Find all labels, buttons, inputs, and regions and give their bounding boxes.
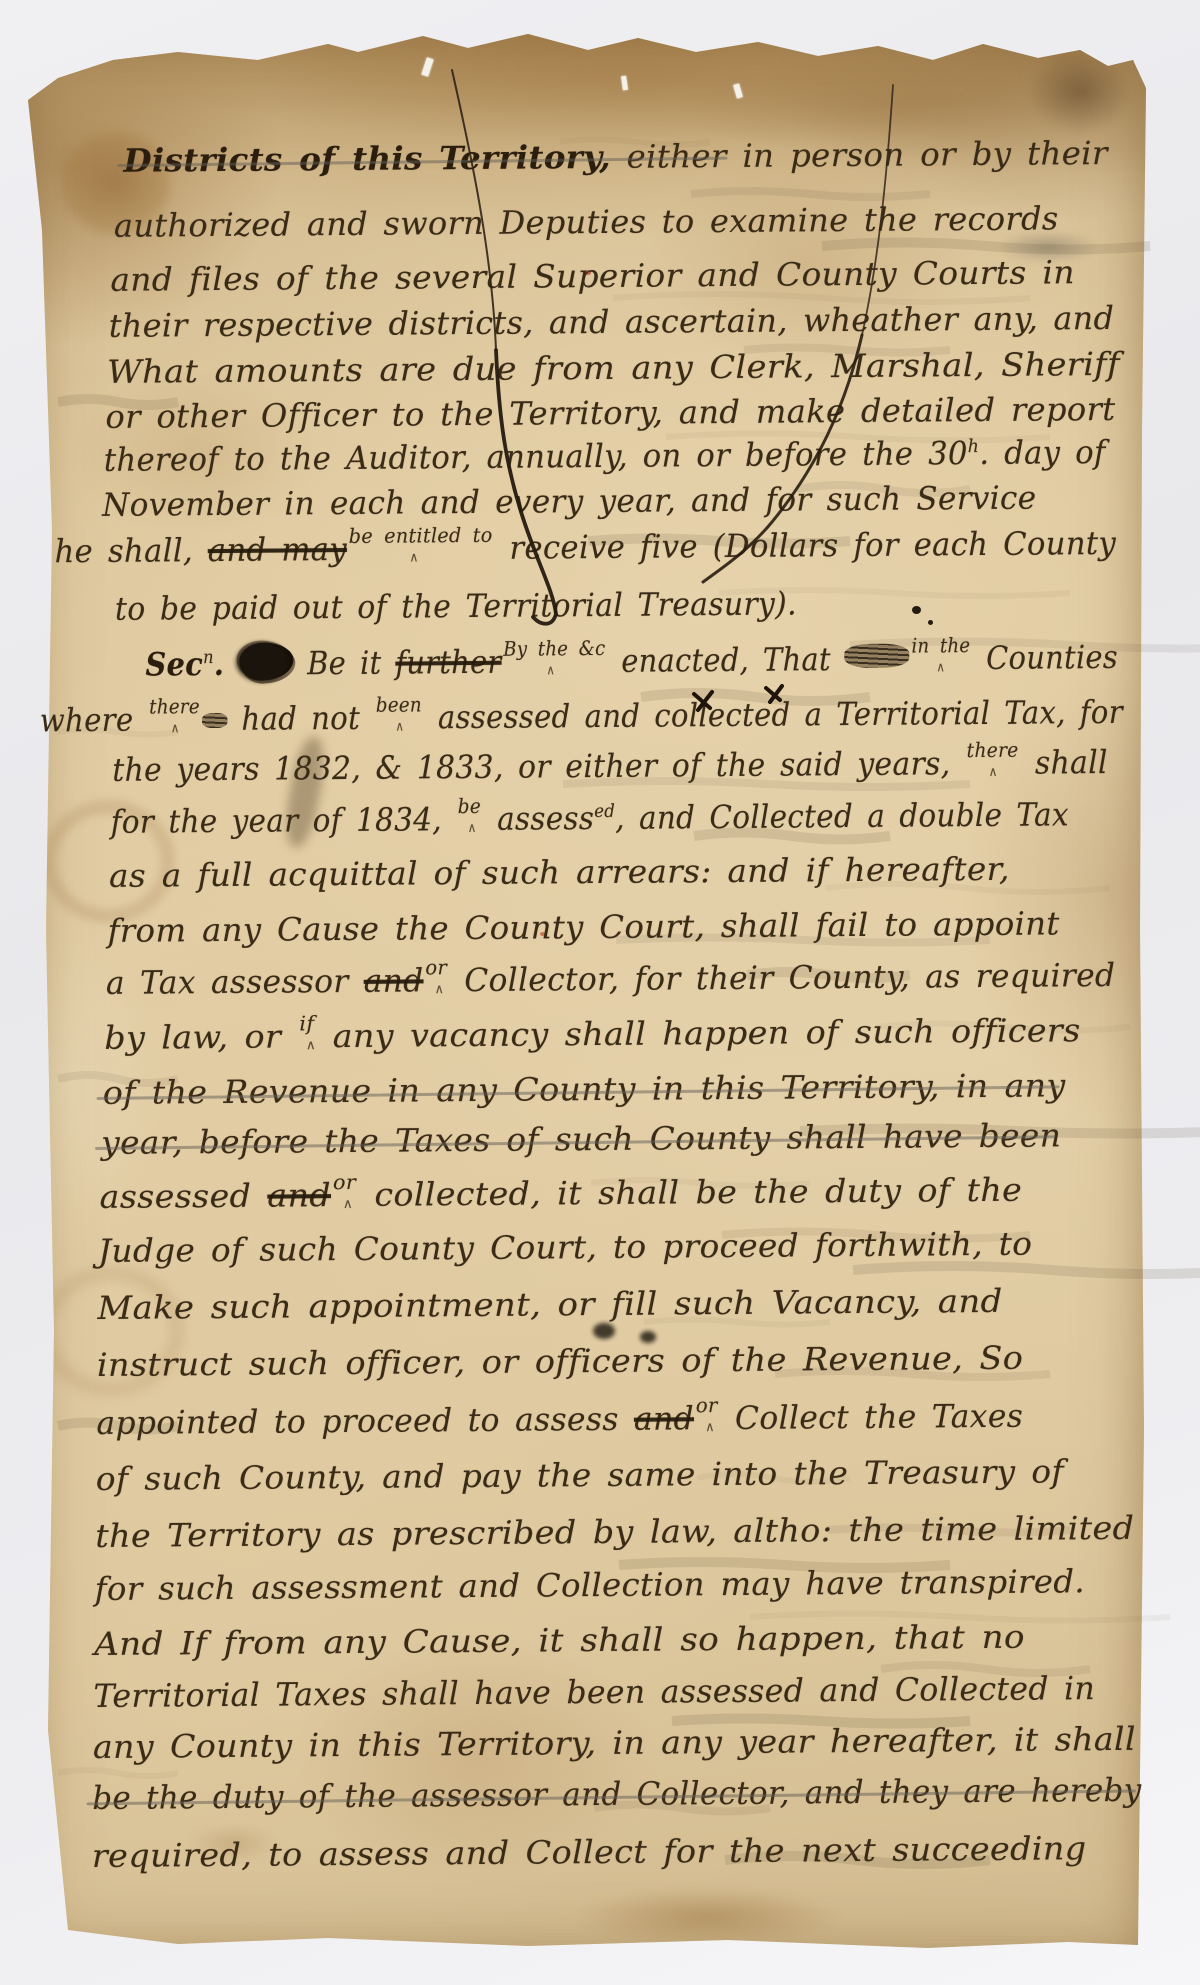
handwriting-segment: ed (594, 801, 615, 822)
manuscript-line: any County in this Territory, in any yea… (93, 1720, 1136, 1772)
manuscript-line: appointed to proceed to assess andor Col… (96, 1397, 1023, 1448)
handwriting-segment: collected, it shall be the duty of the (358, 1171, 1022, 1214)
handwriting-segment: and (267, 1176, 331, 1214)
ink-blot (239, 642, 293, 680)
handwriting-segment: be (458, 794, 481, 818)
handwriting-segment: assessed and collected a Territorial Tax… (424, 693, 1123, 736)
handwriting-segment: from any Cause the County Court, shall f… (107, 904, 1059, 949)
handwriting-segment: instruct such officer, or officers of th… (97, 1339, 1024, 1384)
manuscript-line: And If from any Cause, it shall so happe… (94, 1618, 1025, 1669)
manuscript-line: required, to assess and Collect for the … (92, 1829, 1087, 1881)
handwriting-segment: assessed (99, 1177, 267, 1216)
manuscript-line: from any Cause the County Court, shall f… (107, 904, 1060, 955)
manuscript-line: Make such appointment, or fill such Vaca… (97, 1282, 1002, 1333)
handwriting-segment: any County in this Territory, in any yea… (93, 1720, 1136, 1766)
handwriting-segment: h (968, 436, 980, 457)
manuscript-line: the years 1832, & 1833, or either of the… (112, 743, 1108, 795)
scan-background: Districts of this Territory, either in p… (0, 0, 1200, 1985)
handwriting-segment: or other Officer to the Territory, and m… (105, 390, 1115, 436)
handwriting-segment: a Tax assessor (106, 962, 364, 1002)
manuscript-line: be the duty of the assessor and Collecto… (92, 1771, 1142, 1823)
manuscript-line: by law, or if any vacancy shall happen o… (104, 1011, 1081, 1063)
handwriting-segment: the years 1832, & 1833, or either of the… (112, 744, 965, 789)
manuscript-line: the Territory as prescribed by law, alth… (95, 1509, 1134, 1561)
handwriting-segment: where (40, 701, 148, 740)
handwriting-segment: Sec (145, 645, 203, 683)
handwriting-segment: further (395, 643, 501, 682)
handwriting-segment: By the &c (503, 636, 605, 661)
manuscript-line: as a full acquittal of such arrears: and… (109, 850, 1010, 901)
scribbled-out-word (845, 644, 910, 669)
handwriting-segment: What amounts are due from any Clerk, Mar… (107, 345, 1120, 391)
handwriting-segment: assess (483, 799, 595, 838)
manuscript-line: to be paid out of the Territorial Treasu… (115, 584, 797, 633)
handwriting-segment: there (967, 738, 1019, 762)
handwriting-segment: or (696, 1393, 718, 1417)
handwriting-segment: Counties (972, 638, 1118, 677)
manuscript-line: their respective districts, and ascertai… (109, 299, 1115, 351)
handwriting-segment: Collector, for their County, as required (449, 956, 1115, 999)
manuscript-line: Districts of this Territory, either in p… (123, 134, 1108, 186)
manuscript-line: a Tax assessor andor Collector, for thei… (106, 956, 1116, 1008)
handwriting-segment: and may (208, 530, 347, 569)
handwriting-segment: had not (227, 699, 374, 738)
handwriting-segment: Collect the Taxes (720, 1397, 1024, 1437)
handwriting-segment: , and Collected a double Tax (615, 795, 1069, 837)
manuscript-line: of the Revenue in any County in this Ter… (103, 1066, 1066, 1118)
manuscript-line: for such assessment and Collection may h… (95, 1562, 1086, 1614)
handwriting-segment: Be it (293, 644, 395, 683)
handwriting-segment: appointed to proceed to assess (96, 1400, 634, 1442)
manuscript-line: assessed andor collected, it shall be th… (99, 1171, 1022, 1222)
manuscript-line: of such County, and pay the same into th… (96, 1452, 1064, 1504)
handwriting-segment: be entitled to (349, 523, 493, 548)
handwriting-segment: their respective districts, and ascertai… (109, 299, 1115, 345)
handwriting-segment: authorized and sworn Deputies to examine… (114, 199, 1059, 244)
handwriting-segment: thereof to the Auditor, annually, on or … (104, 434, 968, 479)
handwriting-segment: any vacancy shall happen of such officer… (316, 1011, 1080, 1055)
handwriting-segment: of such County, and pay the same into th… (96, 1452, 1064, 1498)
handwriting-segment: and (364, 961, 424, 999)
handwriting-segment: And If from any Cause, it shall so happe… (94, 1618, 1025, 1663)
handwriting-segment: November in each and every year, and for… (102, 479, 1037, 524)
handwriting-segment: required, to assess and Collect for the … (92, 1829, 1087, 1875)
manuscript-line: Territorial Taxes shall have been assess… (93, 1669, 1095, 1721)
manuscript-line: Judge of such County Court, to proceed f… (98, 1225, 1033, 1276)
handwriting-segment: n (203, 647, 214, 668)
handwriting-segment: Judge of such County Court, to proceed f… (98, 1225, 1032, 1270)
handwriting-segment: receive five (Dollars for each County (494, 524, 1116, 567)
handwriting-segment: . day of (979, 433, 1106, 472)
manuscript-line: he shall, and maybe entitled to receive … (54, 524, 1116, 576)
manuscript-text-block: Districts of this Territory, either in p… (0, 0, 1200, 1985)
handwriting-segment: and (634, 1399, 694, 1437)
scribbled-out-word (202, 713, 228, 728)
handwriting-segment: shall (1020, 743, 1108, 782)
manuscript-line: thereof to the Auditor, annually, on or … (104, 433, 1106, 485)
handwriting-segment: or (425, 955, 447, 979)
handwriting-segment: for the year of 1834, (110, 800, 456, 841)
handwriting-segment: or (333, 1170, 356, 1194)
manuscript-line: where there had not been assessed and co… (40, 693, 1123, 746)
handwriting-segment: to be paid out of the Territorial Treasu… (115, 584, 797, 627)
handwriting-segment: either in person or by their (611, 134, 1108, 176)
handwriting-segment: Make such appointment, or fill such Vaca… (97, 1282, 1002, 1327)
manuscript-line: authorized and sworn Deputies to examine… (114, 199, 1059, 250)
handwriting-segment: he shall, (54, 531, 208, 570)
manuscript-line: year, before the Taxes of such County sh… (101, 1116, 1061, 1168)
manuscript-line: instruct such officer, or officers of th… (97, 1339, 1024, 1390)
handwriting-segment: enacted, That (607, 640, 845, 680)
handwriting-segment: by law, or (104, 1017, 297, 1057)
handwriting-segment: if (299, 1011, 314, 1035)
handwriting-segment: as a full acquittal of such arrears: and… (109, 850, 1010, 895)
manuscript-line: November in each and every year, and for… (102, 479, 1037, 530)
handwriting-segment: there (149, 694, 200, 718)
manuscript-line: Secn. Be it furtherBy the &c enacted, Th… (145, 636, 1118, 688)
handwriting-segment: . (214, 645, 239, 683)
manuscript-line: and files of the several Superior and Co… (110, 253, 1075, 305)
handwriting-segment: in the (911, 633, 970, 657)
handwriting-segment: and files of the several Superior and Co… (110, 253, 1075, 299)
manuscript-line: for the year of 1834, be assessed, and C… (110, 795, 1068, 847)
handwriting-segment: been (376, 692, 422, 716)
handwriting-segment: Territorial Taxes shall have been assess… (93, 1669, 1095, 1715)
handwriting-segment: the Territory as prescribed by law, alth… (95, 1509, 1134, 1555)
handwriting-segment: for such assessment and Collection may h… (95, 1562, 1085, 1608)
manuscript-line: What amounts are due from any Clerk, Mar… (107, 345, 1120, 397)
